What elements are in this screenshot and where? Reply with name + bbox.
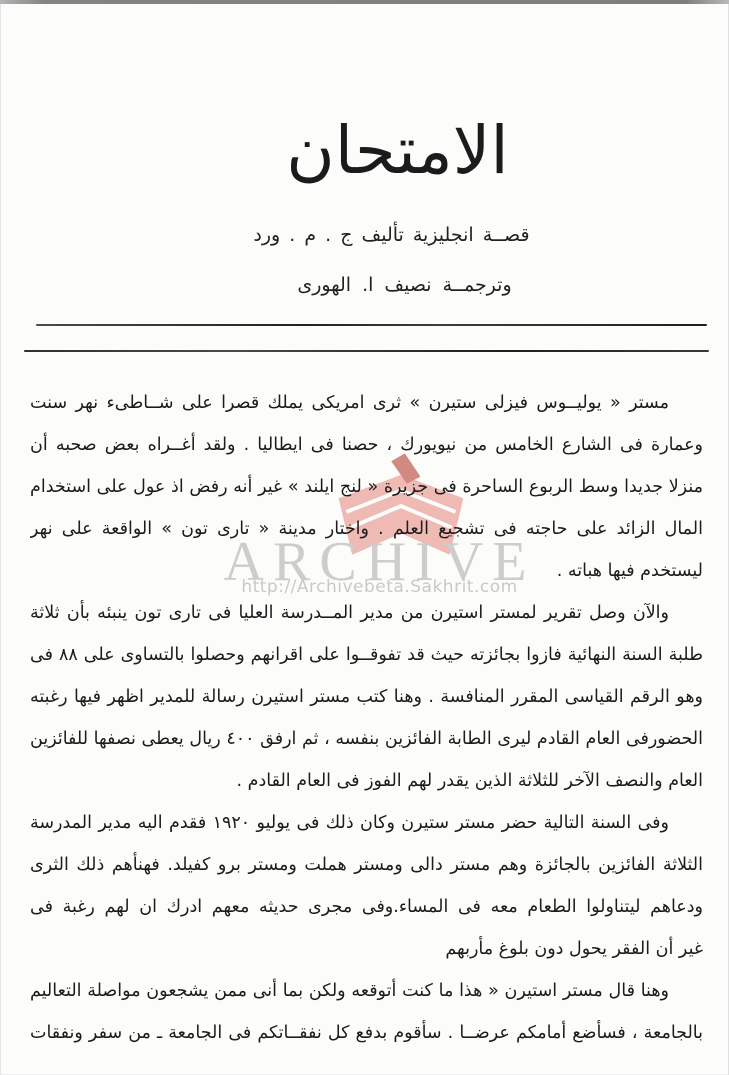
body-line: الثلاثة الفائزين بالجائزة وهم مستر دالى … [30, 844, 703, 886]
body-line: المال الزائد على حاجته فى تشجيع العلم . … [30, 508, 703, 550]
body-line: طلبة السنة النهائية فازوا بجائزته حيث قد… [30, 634, 703, 676]
story-byline: قصــة انجليزية تأليف ج . م . ورد [0, 224, 729, 246]
body-line: مستر « يوليــوس فيزلى ستيرن » ثرى امريكى… [30, 382, 703, 424]
body-line: وعمارة فى الشارع الخامس من نيويورك ، حصن… [30, 424, 703, 466]
body-line: وفى السنة التالية حضر مستر ستيرن وكان ذل… [30, 802, 703, 844]
body-line: الحضورفى العام القادم ليرى الطابة الفائز… [30, 718, 703, 760]
body-line: والآن وصل تقرير لمستر استيرن من مدير الم… [30, 592, 703, 634]
page-title: الامتحان [0, 112, 729, 189]
translator-credit: وترجمــة نصيف ا. الهورى [0, 274, 729, 296]
body-line: العام والنصف الآخر للثلاثة الذين يقدر له… [30, 760, 703, 802]
body-line: بالجامعة ، فسأضع أمامكم عرضــا . سأقوم ب… [30, 1012, 703, 1054]
body-line: غير أن الفقر يحول دون بلوغ مأربهم [30, 928, 703, 970]
body-line: ليستخدم فيها هباته . [30, 550, 703, 592]
body-line: وهو الرقم القياسى المقرر المنافسة . وهنا… [30, 676, 703, 718]
body-line: وهنا قال مستر استيرن « هذا ما كنت أتوقعه… [30, 970, 703, 1012]
scanned-page: ARCHIVE http://Archivebeta.Sakhrit.com ا… [0, 0, 729, 1075]
body-line: ودعاهم ليتناولوا الطعام معه فى المساء.وف… [30, 886, 703, 928]
scan-edge-top [0, 0, 729, 4]
header-divider-top [36, 324, 707, 326]
body-line: منزلا جديدا وسط الربوع الساحرة فى جزيرة … [30, 466, 703, 508]
story-body: مستر « يوليــوس فيزلى ستيرن » ثرى امريكى… [30, 382, 703, 1054]
header-divider-bottom [24, 350, 709, 352]
